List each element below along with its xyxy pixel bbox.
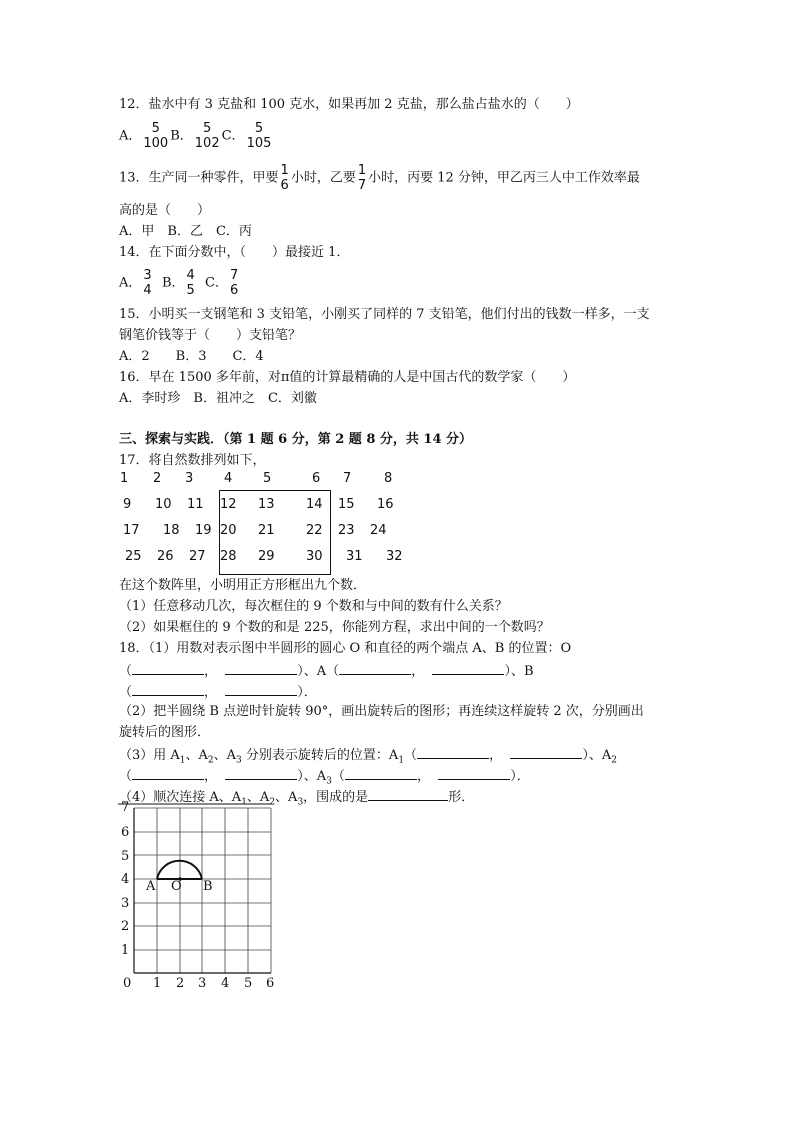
grid-cell: 17 — [123, 523, 140, 538]
answer-blank-b-y[interactable] — [225, 682, 297, 696]
option-b-label: B． — [162, 276, 185, 291]
q17-sub1: （1）任意移动几次，每次框住的 9 个数和与中间的数有什么关系？ — [119, 598, 508, 616]
y-tick-label: 3 — [121, 896, 129, 911]
q12-stem: 12．盐水中有 3 克盐和 100 克水，如果再加 2 克盐，那么盐占盐水的（ … — [119, 96, 579, 114]
q15-line1: 15．小明买一支钢笔和 3 支铅笔，小刚买了同样的 7 支铅笔，他们付出的钱数一… — [119, 306, 650, 324]
x-tick-label: 1 — [153, 976, 161, 991]
q12-options: A．5100B．5102C．5105 — [119, 121, 273, 151]
fraction-yi: 17 — [358, 163, 366, 193]
comma: ， — [204, 769, 217, 784]
answer-blank-a3-x[interactable] — [345, 766, 417, 780]
comma: ， — [417, 769, 430, 784]
label-a: ）、A（ — [297, 664, 339, 679]
q18-s2-line1: （2）把半圆绕 B 点逆时针旋转 90°，画出旋转后的图形；再连续这样旋转 2 … — [119, 703, 644, 721]
paren: （ — [119, 769, 132, 784]
q17-desc: 在这个数阵里，小明用正方形框出九个数． — [119, 577, 366, 595]
section-title: 三、探索与实践．（第 1 题 6 分，第 2 题 8 分，共 14 分） — [119, 431, 472, 449]
denominator: 5 — [187, 283, 195, 298]
x-tick-label: 2 — [176, 976, 184, 991]
y-tick-label: 6 — [121, 825, 129, 840]
comma: ， — [411, 664, 424, 679]
grid-cell: 31 — [346, 549, 363, 564]
text: 、A — [214, 748, 236, 763]
answer-blank-o-y[interactable] — [225, 661, 297, 675]
grid-cell: 4 — [224, 471, 232, 486]
x-tick-label: 6 — [266, 976, 274, 991]
grid-cell: 26 — [157, 549, 174, 564]
grid-cell: 25 — [125, 549, 142, 564]
answer-blank-a-y[interactable] — [432, 661, 504, 675]
fraction-c: 76 — [230, 268, 238, 298]
y-tick-label: 5 — [121, 849, 129, 864]
numerator: 1 — [358, 163, 366, 178]
grid-cell: 16 — [377, 497, 394, 512]
numerator: 4 — [187, 268, 195, 283]
q13-part1: 13．生产同一种零件，甲要 — [119, 171, 279, 186]
grid-cell: 1 — [120, 471, 128, 486]
denominator: 100 — [143, 136, 168, 151]
text: ）、A — [297, 769, 326, 784]
x-tick-label: 5 — [244, 976, 252, 991]
option-c-label: C． — [222, 129, 245, 144]
numerator: 7 — [230, 268, 238, 283]
text: 形． — [448, 790, 474, 805]
grid-cell: 19 — [195, 523, 212, 538]
numerator: 3 — [143, 268, 151, 283]
grid-cell: 5 — [263, 471, 271, 486]
x-tick-label: 3 — [198, 976, 206, 991]
fraction-a: 34 — [143, 268, 151, 298]
text: ）、A — [582, 748, 611, 763]
point-a-label: A — [146, 879, 155, 894]
numerator: 5 — [195, 121, 220, 136]
q14-options: A．34 B．45 C．76 — [119, 268, 240, 298]
paren: （ — [119, 685, 132, 700]
denominator: 6 — [230, 283, 238, 298]
q13-part2: 小时，乙要 — [291, 171, 356, 186]
text: 、A — [186, 748, 208, 763]
subscript: 2 — [611, 756, 617, 766]
grid-cell: 23 — [338, 523, 355, 538]
numerator: 5 — [143, 121, 168, 136]
answer-blank-a1-y[interactable] — [510, 745, 582, 759]
comma: ， — [204, 664, 217, 679]
q13-part3: 小时，丙要 12 分钟，甲乙丙三人中工作效率最 — [368, 171, 640, 186]
option-b-label: B． — [170, 129, 193, 144]
answer-blank-shape[interactable] — [368, 787, 448, 801]
grid-cell: 2 — [153, 471, 161, 486]
grid-cell: 7 — [343, 471, 351, 486]
close: ）． — [297, 685, 317, 700]
point-o-label: O — [171, 879, 182, 894]
denominator: 6 — [281, 178, 289, 193]
answer-blank-a2-y[interactable] — [225, 766, 297, 780]
option-a-label: A． — [119, 129, 141, 144]
y-tick-label: 2 — [121, 919, 129, 934]
answer-blank-a3-y[interactable] — [438, 766, 510, 780]
numerator: 5 — [247, 121, 272, 136]
denominator: 4 — [143, 283, 151, 298]
q15-options: A．2 B．3 C．4 — [119, 348, 264, 366]
x-tick-label: 4 — [221, 976, 229, 991]
q15-line2: 钢笔价钱等于（ ）支铅笔？ — [119, 327, 301, 345]
answer-blank-b-x[interactable] — [132, 682, 204, 696]
grid-cell: 9 — [123, 497, 131, 512]
q18-s1-line3: （， ）． — [119, 682, 317, 702]
grid-svg — [110, 800, 290, 980]
answer-blank-a-x[interactable] — [339, 661, 411, 675]
option-c-label: C． — [205, 276, 228, 291]
x-tick-label: 0 — [123, 976, 131, 991]
fraction-a: 5100 — [143, 121, 168, 151]
q18-s2-line2: 旋转后的图形． — [119, 724, 210, 742]
grid-cell: 27 — [189, 549, 206, 564]
q16-stem: 16．早在 1500 多年前，对π值的计算最精确的人是中国古代的数学家（ ） — [119, 369, 575, 387]
fraction-c: 5105 — [247, 121, 272, 151]
label-b: ）、B — [504, 664, 533, 679]
fraction-b: 5102 — [195, 121, 220, 151]
q17-stem: 17．将自然数排列如下， — [119, 452, 266, 470]
paren: （ — [119, 664, 132, 679]
answer-blank-o-x[interactable] — [132, 661, 204, 675]
grid-cell: 18 — [163, 523, 180, 538]
grid-cell: 24 — [370, 523, 387, 538]
fraction-jia: 16 — [281, 163, 289, 193]
grid-cell: 15 — [338, 497, 355, 512]
q13-stem: 13．生产同一种零件，甲要16小时，乙要17小时，丙要 12 分钟，甲乙丙三人中… — [119, 163, 640, 193]
numerator: 1 — [281, 163, 289, 178]
answer-blank-a2-x[interactable] — [132, 766, 204, 780]
point-b-label: B — [203, 879, 213, 894]
comma: ， — [489, 748, 502, 763]
y-tick-label: 1 — [121, 943, 129, 958]
q17-sub2: （2）如果框住的 9 个数的和是 225，你能列方程，求出中间的一个数吗？ — [119, 619, 550, 637]
comma: ， — [204, 685, 217, 700]
paren: （ — [332, 769, 345, 784]
denominator: 7 — [358, 178, 366, 193]
selection-square — [219, 490, 331, 575]
grid-cell: 3 — [185, 471, 193, 486]
close: ）． — [510, 769, 530, 784]
paren: （ — [404, 748, 417, 763]
q13-options: A．甲 B．乙 C．丙 — [119, 223, 252, 241]
q16-options: A．李时珍 B．祖冲之 C．刘徽 — [119, 390, 317, 408]
fraction-b: 45 — [187, 268, 195, 298]
option-a-label: A． — [119, 276, 141, 291]
text: 分别表示旋转后的位置：A — [242, 748, 399, 763]
answer-blank-a1-x[interactable] — [417, 745, 489, 759]
denominator: 105 — [247, 136, 272, 151]
q18-s1-line1: 18．（1）用数对表示图中半圆形的圆心 O 和直径的两个端点 A、B 的位置：O — [119, 640, 571, 658]
q14-stem: 14．在下面分数中，（ ）最接近 1． — [119, 244, 349, 262]
y-tick-label: 7 — [121, 800, 129, 815]
denominator: 102 — [195, 136, 220, 151]
grid-cell: 8 — [384, 471, 392, 486]
grid-cell: 6 — [312, 471, 320, 486]
grid-cell: 10 — [155, 497, 172, 512]
y-tick-label: 4 — [121, 872, 129, 887]
grid-cell: 32 — [386, 549, 403, 564]
grid-cell: 11 — [187, 497, 204, 512]
q13-line2: 高的是（ ） — [119, 202, 210, 220]
text: （3）用 A — [119, 748, 180, 763]
q18-s1-line2: （， ）、A（， ）、B — [119, 661, 534, 681]
text: ，围成的是 — [303, 790, 368, 805]
